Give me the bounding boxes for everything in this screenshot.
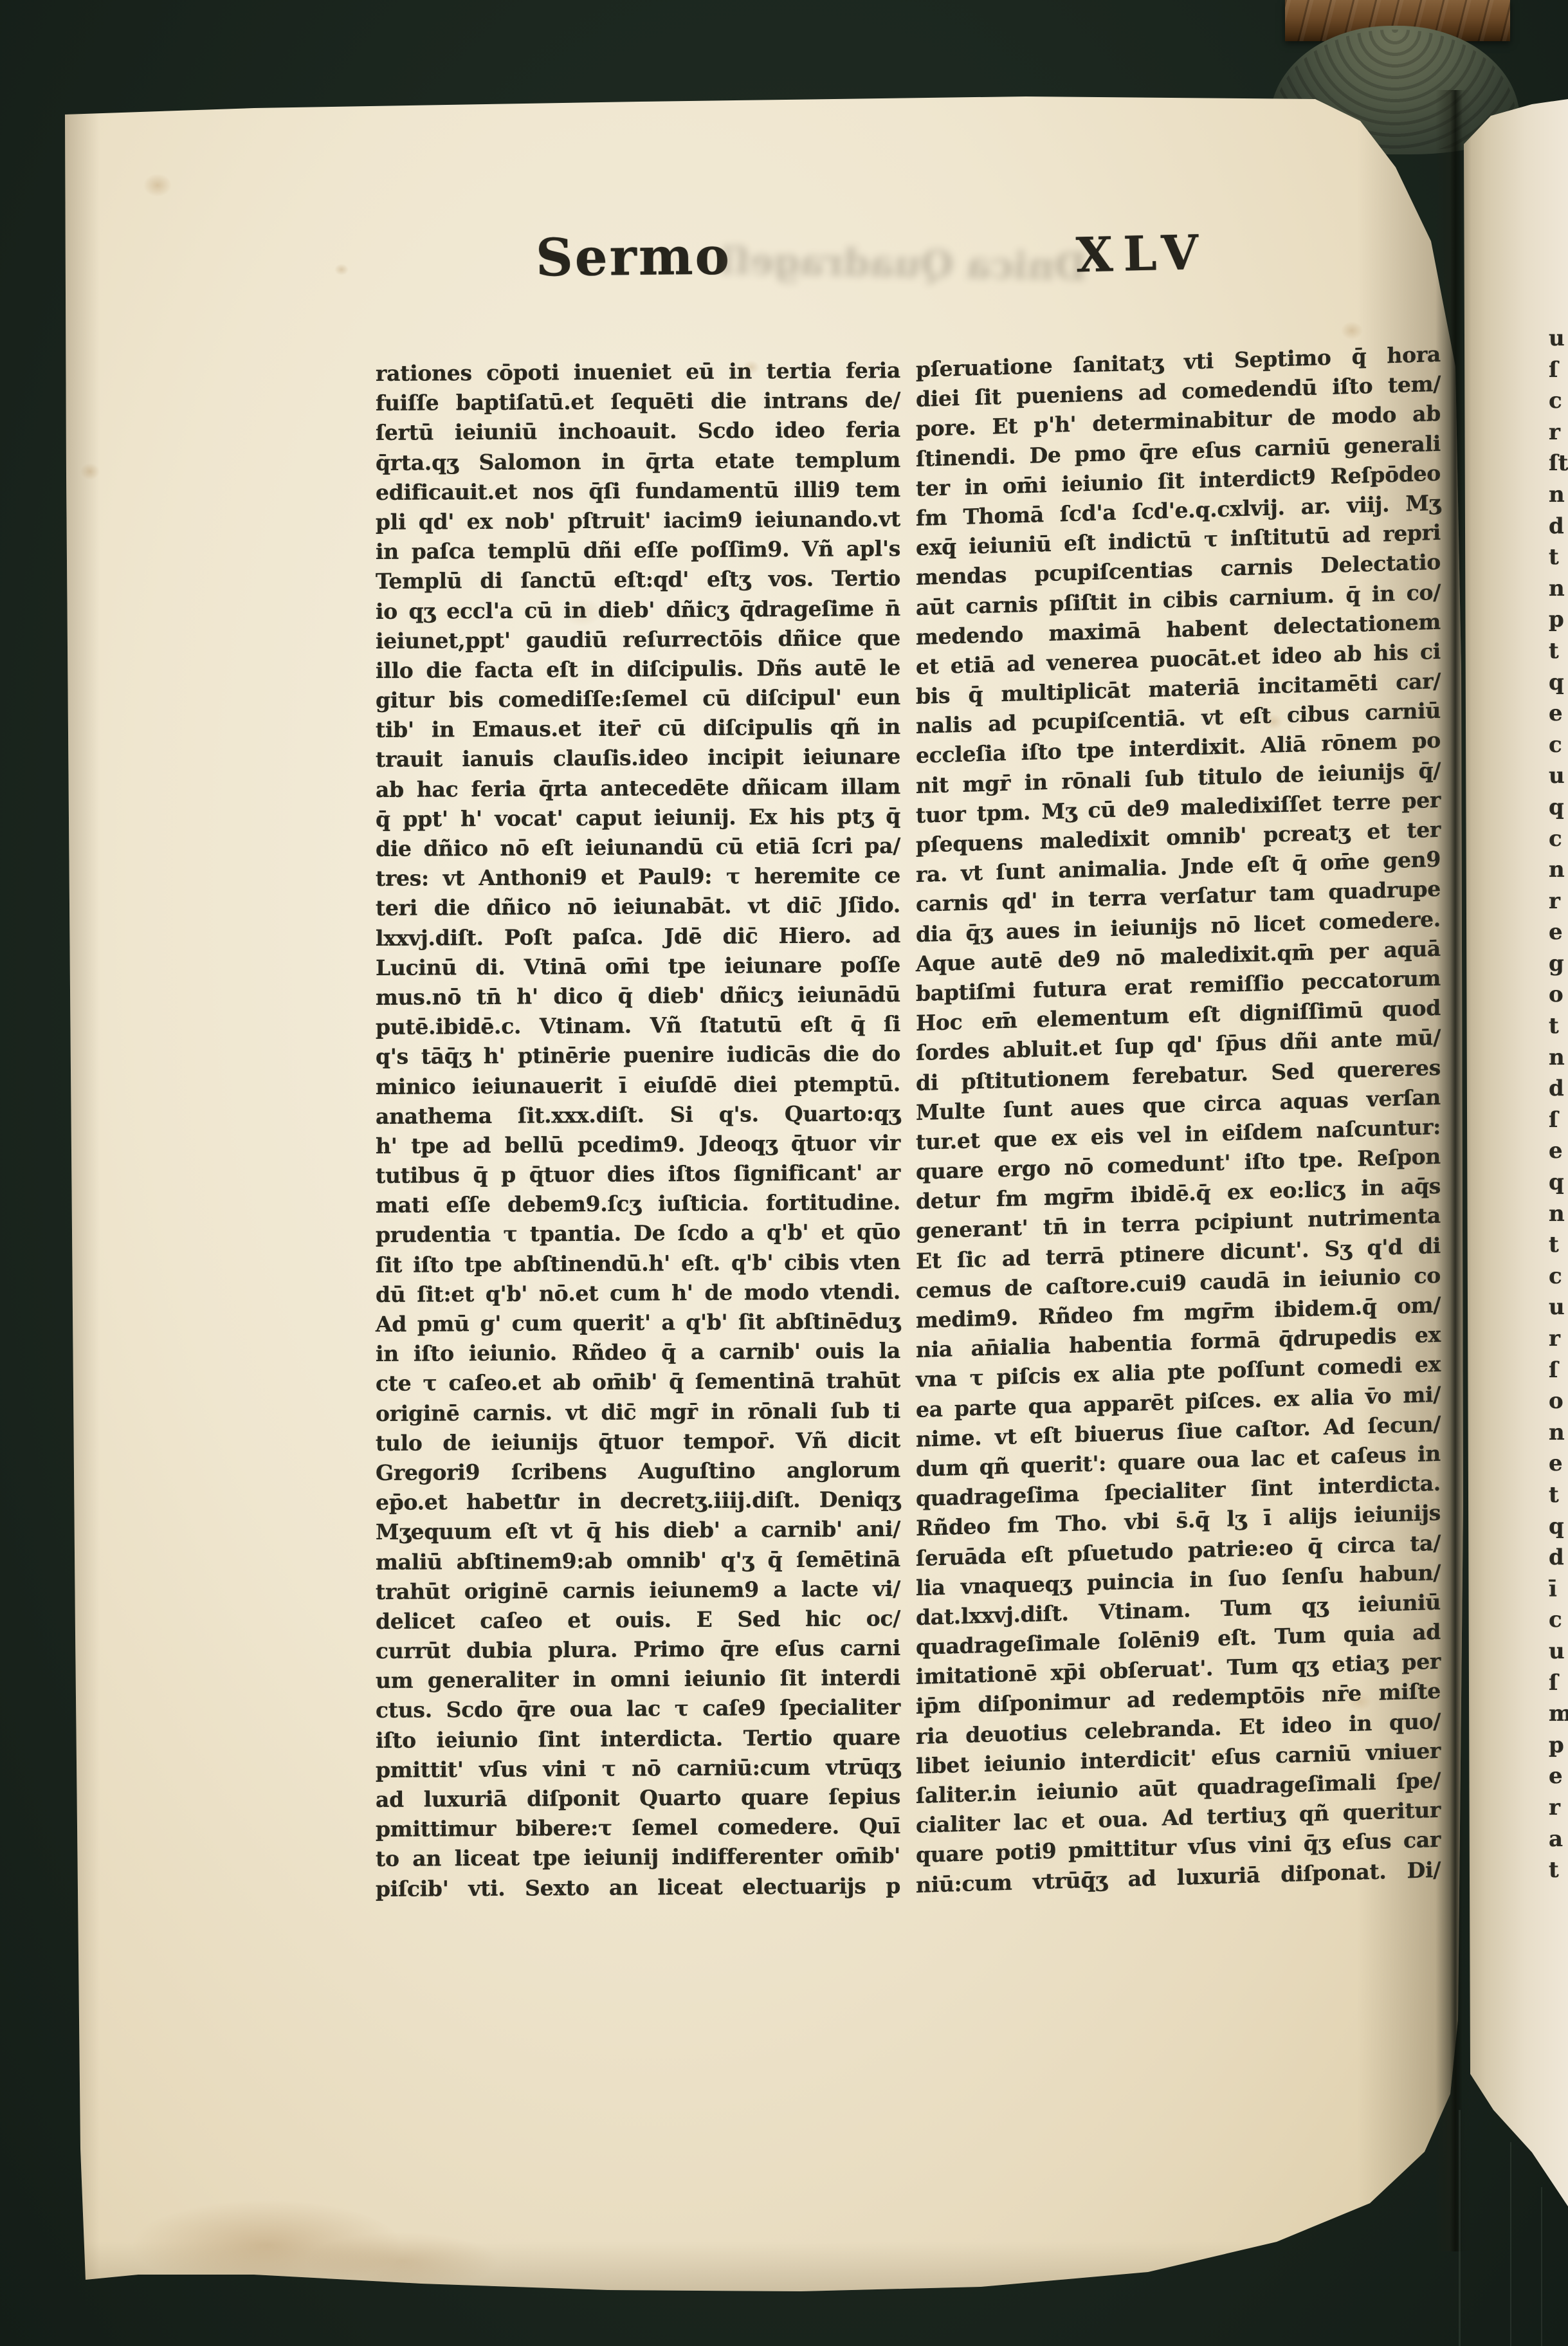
page-bottom-shade <box>61 2242 1466 2319</box>
stain <box>334 264 349 275</box>
text-line: die dñico nō eſt ieiunandū cū etiā ſcri … <box>376 831 900 864</box>
text-column-right: pſeruatione ſanitatʒ vti Septimo q̄ hora… <box>916 340 1441 1900</box>
text-line: maliū abſtinem9:ab omnib' q'ʒ q̄ ſemētin… <box>376 1544 900 1577</box>
clipped-letter: t <box>1549 1855 1568 1886</box>
clipped-letter: u <box>1549 1636 1568 1667</box>
clipped-letter: d <box>1549 511 1568 542</box>
clipped-letter: g <box>1549 948 1568 980</box>
text-line: io qʒ eccl'a cū in dieb' dñicʒ q̄drageſi… <box>376 594 900 627</box>
clipped-letter: ſt <box>1549 448 1568 479</box>
text-line: originē carnis. vt dic̄ mgr̄ in rōnali ſ… <box>376 1396 900 1429</box>
text-line: trauit ianuis clauſis.ideo incipit ieiun… <box>376 742 900 774</box>
text-line: Mʒequum eſt vt q̄ his dieb' a carnib' an… <box>376 1514 900 1547</box>
text-line: putē.ibidē.c. Vtinam. Vñ ſtatutū eſt q̄ … <box>376 1009 900 1042</box>
text-line: h' tpe ad bellū pcedim9. Jdeoqʒ q̄tuor v… <box>376 1128 900 1161</box>
text-line: um generaliter in omni ieiunio ſit inter… <box>376 1663 900 1696</box>
text-line: tutibus q̄ p q̄tuor dies iſtos ſignifica… <box>376 1158 900 1191</box>
text-line: ieiunet,ppt' gaudiū reſurrectōis dñice q… <box>376 623 900 656</box>
text-line: dū ſit:et q'b' nō.et cum h' de modo vten… <box>376 1277 900 1310</box>
show-through-ghost-text: Dnica Quadrageſi <box>726 239 1087 289</box>
clipped-letter: c <box>1549 385 1568 417</box>
text-line: ab hac feria q̄rta antecedēte dñicam ill… <box>376 772 900 805</box>
text-line: trahūt originē carnis ieiunem9 a lacte v… <box>376 1574 900 1607</box>
clipped-letter: ſ <box>1549 1355 1568 1386</box>
text-line: minico ieiunauerit ī eiuſdē diei ptemptū… <box>376 1069 900 1102</box>
clipped-letter: o <box>1549 979 1568 1011</box>
text-line: pmittimur bibere:τ ſemel comedere. Quī <box>376 1811 900 1844</box>
text-line: ſit iſto tpe abſtinendū.h' eſt. q'b' cib… <box>376 1247 900 1280</box>
text-line: fuiſſe baptiſatū.et ſequēti die intrans … <box>376 385 900 418</box>
book-scan: Sermo Dnica Quadrageſi XLV rationes cōpo… <box>0 0 1568 2346</box>
text-line: ſertū ieiuniū inchoauit. Scdo ideo feria <box>376 415 900 448</box>
clipped-letter: n <box>1549 1042 1568 1074</box>
stain <box>358 55 394 80</box>
text-line: q's tāq̄ʒ h' ptinērie puenire iudicās di… <box>376 1039 900 1072</box>
clipped-letter: d <box>1549 1542 1568 1573</box>
text-line: ep̄o.et habetur in decretʒ.iiij.diſt. De… <box>376 1485 900 1517</box>
clipped-letter: ſ <box>1549 1104 1568 1136</box>
text-line: mati eſſe debem9.ſcʒ iuſticia. fortitudi… <box>376 1187 900 1220</box>
page-edge-streak <box>1510 2142 1511 2346</box>
clipped-letter: t <box>1549 542 1568 573</box>
page-left-edge-shade <box>61 90 100 2319</box>
clipped-letter: ſ <box>1549 354 1568 386</box>
clipped-letter: u <box>1549 760 1568 792</box>
clipped-letter: ſ <box>1549 1667 1568 1699</box>
text-line: edificauit.et nos q̄ſi fundamentū illi9 … <box>376 475 900 508</box>
text-line: tres: vt Anthoni9 et Paul9: τ heremite c… <box>376 861 900 893</box>
clipped-letter: n <box>1549 1198 1568 1230</box>
text-line: piſcib' vti. Sexto an liceat electuarijs… <box>376 1871 900 1904</box>
clipped-letter: c <box>1549 1261 1568 1292</box>
text-line: prudentia τ tpantia. De ſcdo a q'b' et q… <box>376 1217 900 1250</box>
text-line: in iſto ieiunio. Rñdeo q̄ a carnib' ouis… <box>376 1336 900 1369</box>
clipped-letter: t <box>1549 1229 1568 1261</box>
clipped-text-edge: uſcrſtndtnptqecuqcnregotndſeqntcurſonetq… <box>1549 323 1568 1886</box>
text-line: anathema ſit.xxx.diſt. Si q's. Quarto:qʒ <box>376 1099 900 1132</box>
clipped-letter: c <box>1549 823 1568 855</box>
text-line: pli qd' ex nob' pſtruit' iacim9 ieiunand… <box>376 504 900 537</box>
clipped-letter: q <box>1549 792 1568 823</box>
clipped-letter: c <box>1549 1604 1568 1636</box>
clipped-letter: p <box>1549 604 1568 636</box>
page-edge-streak <box>1541 2187 1542 2346</box>
clipped-letter: p <box>1549 1730 1568 1761</box>
clipped-letter: q <box>1549 667 1568 699</box>
text-line: iſto ieiunio ſint interdicta. Tertio qua… <box>376 1723 900 1755</box>
clipped-letter: u <box>1549 323 1568 354</box>
facing-page-sliver: uſcrſtndtnptqecuqcnregotndſeqntcurſonetq… <box>1455 96 1568 2239</box>
clipped-letter: m <box>1549 1698 1568 1730</box>
text-line: Lucinū di. Vtinā om̄i tpe ieiunare poſſe <box>376 950 900 983</box>
clipped-letter: n <box>1549 479 1568 511</box>
text-line: pmittit' vſus vini τ nō carniū:cum vtrūq… <box>376 1752 900 1785</box>
clipped-letter: e <box>1549 698 1568 729</box>
clipped-letter: t <box>1549 636 1568 667</box>
text-line: delicet caſeo et ouis. E Sed hic oc/ <box>376 1604 900 1636</box>
clipped-letter: u <box>1549 1292 1568 1323</box>
clipped-letter: c <box>1549 729 1568 761</box>
text-line: in paſca templū dñi eſſe poſſim9. Vñ apl… <box>376 534 900 567</box>
clipped-letter: ī <box>1549 1573 1568 1605</box>
text-line: currūt dubia plura. Primo q̄re eſus carn… <box>376 1633 900 1666</box>
stain <box>143 174 172 197</box>
clipped-letter: t <box>1549 1011 1568 1042</box>
folio-number: XLV <box>1075 225 1209 284</box>
text-line: tib' in Emaus.et iter̄ cū diſcipulis qñ … <box>376 712 900 745</box>
clipped-letter: o <box>1549 1386 1568 1417</box>
text-line: ad luxuriā diſponit Quarto quare ſepius <box>376 1782 900 1815</box>
text-line: tulo de ieiunijs q̄tuor tempor̄. Vñ dici… <box>376 1425 900 1458</box>
text-line: illo die facta eſt in diſcipulis. Dñs au… <box>376 653 900 686</box>
page-main: Sermo Dnica Quadrageſi XLV rationes cōpo… <box>61 90 1466 2319</box>
clipped-letter: n <box>1549 573 1568 605</box>
clipped-letter: e <box>1549 1448 1568 1480</box>
gutter-shadow <box>1436 90 1472 2251</box>
text-line: Templū di ſanctū eſt:qd' eſtʒ vos. Terti… <box>376 564 900 596</box>
clipped-letter: q <box>1549 1511 1568 1543</box>
clipped-letter: q <box>1549 1167 1568 1198</box>
page-edge-streak <box>1459 2110 1461 2346</box>
text-line: to an liceat tpe ieiunij indifferenter o… <box>376 1841 900 1874</box>
clipped-letter: e <box>1549 917 1568 948</box>
text-line: cte τ caſeo.et ab om̄ib' q̄ ſementinā tr… <box>376 1366 900 1398</box>
text-line: teri die dñico nō ieiunabāt. vt dic̄ Jſi… <box>376 890 900 923</box>
clipped-letter: e <box>1549 1761 1568 1792</box>
clipped-letter: t <box>1549 1480 1568 1511</box>
text-column-left: rationes cōpoti inueniet eū in tertia fe… <box>376 356 900 1904</box>
clipped-letter: n <box>1549 854 1568 886</box>
text-line: ctus. Scdo q̄re oua lac τ caſe9 ſpeciali… <box>376 1692 900 1725</box>
clipped-letter: r <box>1549 417 1568 448</box>
clipped-letter: d <box>1549 1073 1568 1104</box>
clipped-letter: n <box>1549 1417 1568 1449</box>
text-line: rationes cōpoti inueniet eū in tertia fe… <box>376 356 900 389</box>
clipped-letter: r <box>1549 1323 1568 1355</box>
text-line: lxxvj.diſt. Poſt paſca. Jdē dic̄ Hiero. … <box>376 921 900 953</box>
clipped-letter: e <box>1549 1135 1568 1167</box>
text-line: mus.nō tn̄ h' dico q̄ dieb' dñicʒ ieiunā… <box>376 980 900 1013</box>
clipped-letter: r <box>1549 886 1568 917</box>
clipped-letter: a <box>1549 1824 1568 1855</box>
clipped-letter: r <box>1549 1792 1568 1824</box>
running-title: Sermo <box>536 226 732 288</box>
text-line: gitur bis comediſſe:ſemel cū diſcipul' e… <box>376 683 900 715</box>
text-line: q̄rta.qʒ Salomon in q̄rta etate templum <box>376 445 900 478</box>
text-line: q̄ ppt' h' vocat' caput ieiunij. Ex his … <box>376 802 900 834</box>
text-line: Gregori9 ſcribens Auguſtino anglorum <box>376 1455 900 1488</box>
stain <box>403 77 428 96</box>
text-line: Ad pmū g' cum querit' a q'b' ſit abſtinē… <box>376 1306 900 1339</box>
